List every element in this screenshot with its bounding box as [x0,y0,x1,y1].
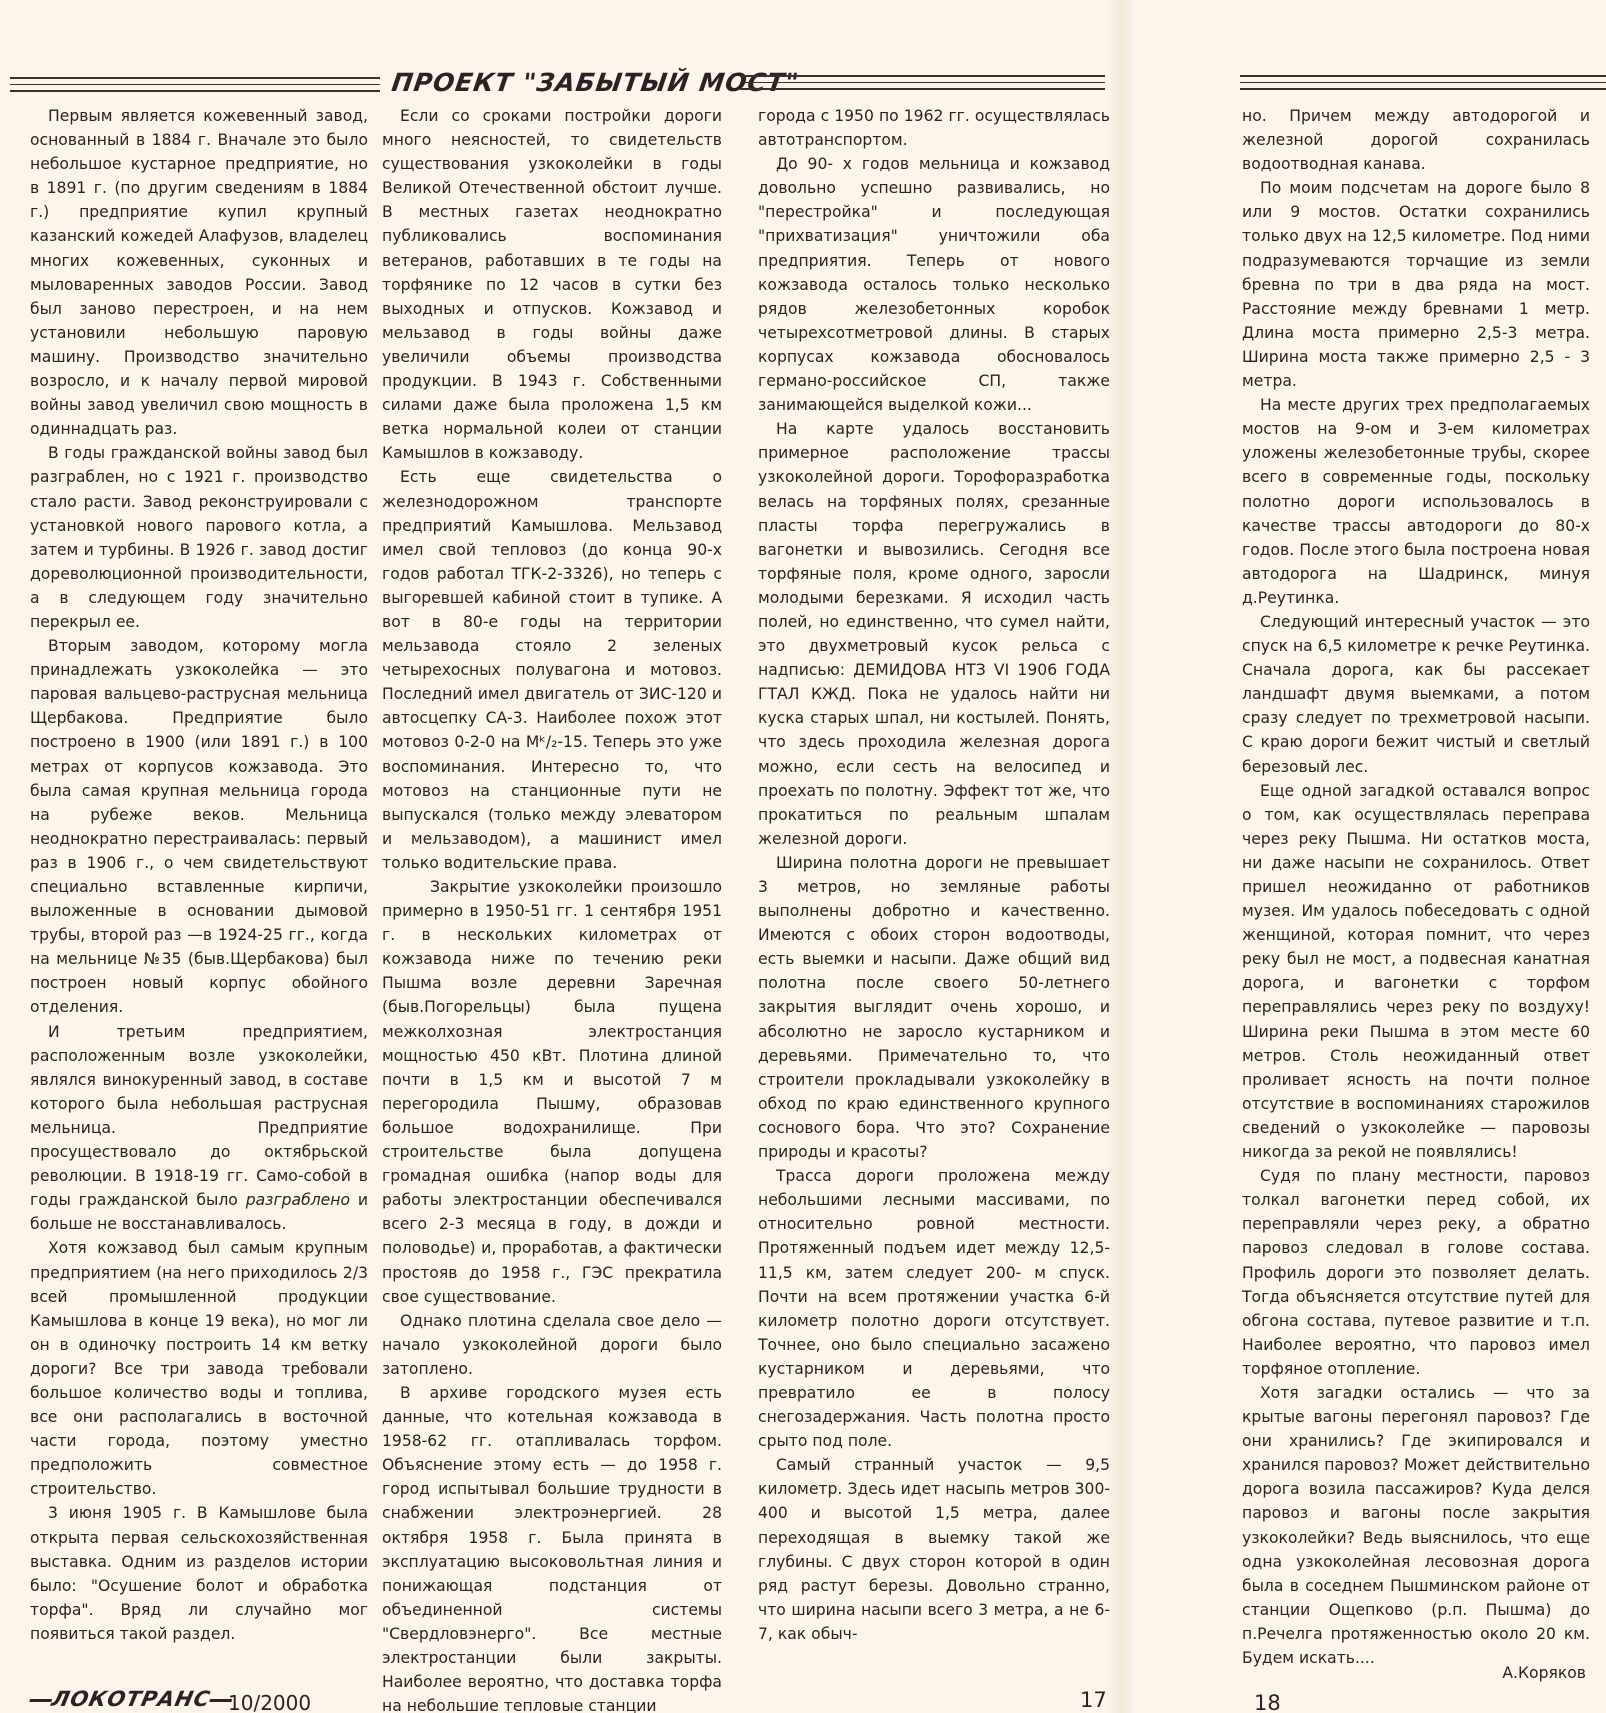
paragraph: Закрытие узкоколейки произошло примерно … [382,875,722,1309]
paragraph: Трасса дороги проложена между небольшими… [758,1164,1110,1453]
author-signature: А.Коряков [1502,1664,1586,1682]
page-gutter [1108,0,1138,1713]
article-column-4: но. Причем между автодорогой и железной … [1242,104,1590,1670]
paragraph: По моим подсчетам на дороге было 8 или 9… [1242,176,1590,393]
paragraph: Хотя загадки остались — что за крытые ва… [1242,1381,1590,1670]
paragraph: Ширина полотна дороги не превышает 3 мет… [758,851,1110,1164]
paragraph: Вторым заводом, которому могла принадлеж… [30,634,368,1020]
issue-number: 10/2000 [228,1691,311,1713]
paragraph: На карте удалось восстановить примерное … [758,417,1110,851]
paragraph: На месте других трех предполагаемых мост… [1242,393,1590,610]
paragraph: Самый странный участок — 9,5 километр. З… [758,1453,1110,1646]
logo-bar-left [29,1699,52,1702]
paragraph-text: И третьим предприятием, расположенным во… [30,1023,368,1210]
paragraph: Судя по плану местности, паровоз толкал … [1242,1164,1590,1381]
article-column-1: Первым является кожевенный завод, основа… [30,104,368,1646]
header-rule-right [740,75,1105,95]
paragraph: До 90- х годов мельница и кожзавод довол… [758,152,1110,417]
italic-emphasis: разграблено [246,1191,350,1209]
header-rule-left [10,77,380,97]
article-column-3: города с 1950 по 1962 гг. осуществлялась… [758,104,1110,1646]
paragraph: Еще одной загадкой оставался вопрос о то… [1242,779,1590,1165]
paragraph: 3 июня 1905 г. В Камышлове была открыта … [30,1501,368,1646]
paragraph: В архиве городского музея есть данные, ч… [382,1381,722,1713]
logo-text: ЛОКОТРАНС [49,1687,212,1711]
paragraph: Следующий интересный участок — это спуск… [1242,610,1590,779]
paragraph: И третьим предприятием, расположенным во… [30,1020,368,1237]
paragraph: но. Причем между автодорогой и железной … [1242,104,1590,176]
header-rule-page-18 [1240,75,1606,95]
paragraph: Хотя кожзавод был самым крупным предприя… [30,1236,368,1501]
paragraph: Первым является кожевенный завод, основа… [30,104,368,441]
page-number-right: 18 [1254,1691,1281,1713]
paragraph: Если со сроками постройки дороги много н… [382,104,722,465]
paragraph: Однако плотина сделала свое дело — начал… [382,1309,722,1381]
paragraph: В годы гражданской войны завод был разгр… [30,441,368,634]
page-number-left: 17 [1080,1688,1107,1712]
paragraph: Есть еще свидетельства о железнодорожном… [382,465,722,875]
paragraph: города с 1950 по 1962 гг. осуществлялась… [758,104,1110,152]
article-column-2: Если со сроками постройки дороги много н… [382,104,722,1713]
magazine-logo: ЛОКОТРАНС [27,1687,234,1711]
